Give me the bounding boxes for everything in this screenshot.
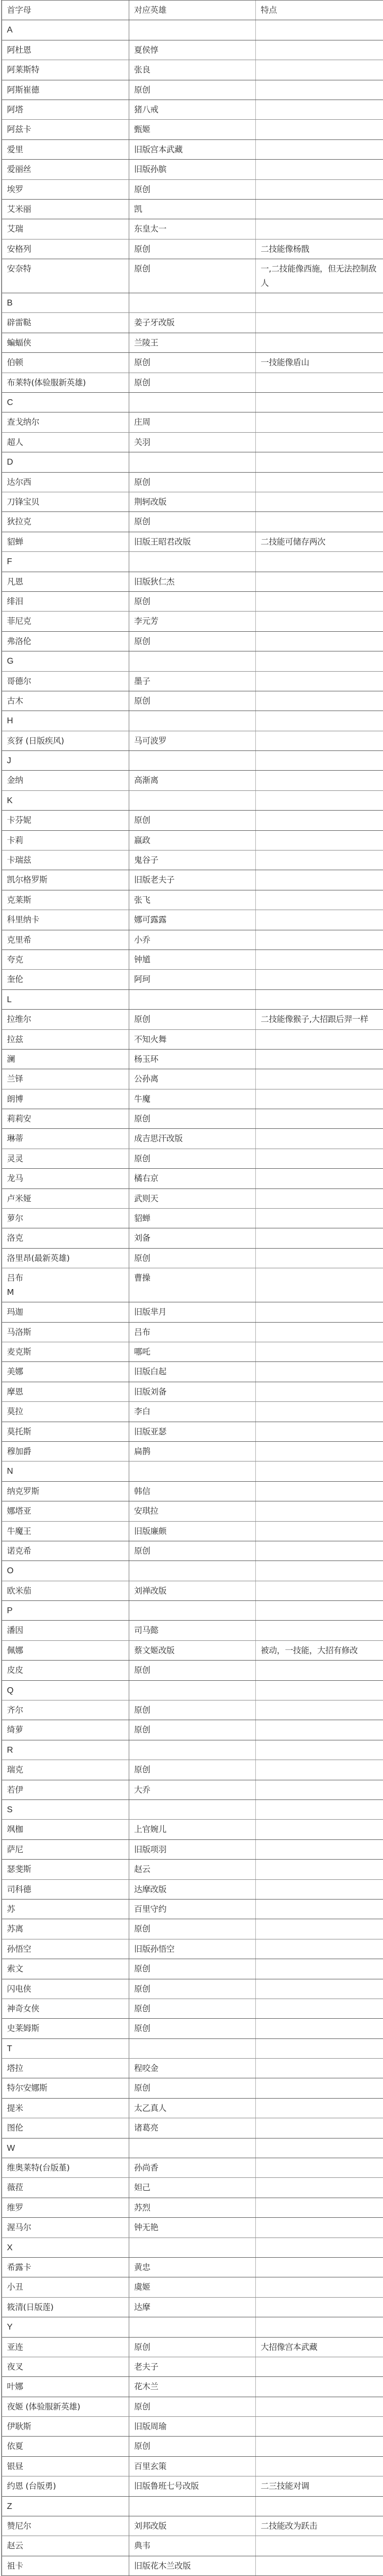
- cell-feature: [256, 870, 383, 889]
- cell-name: 刀锋宝贝: [2, 492, 129, 511]
- cell-feature: [256, 1129, 383, 1148]
- cell-feature: [256, 1189, 383, 1208]
- cell-name: 玛迦: [2, 1302, 129, 1322]
- hero-mapping-table: 首字母 对应英雄 特点 A阿杜恩夏侯惇阿莱斯特张良阿斯崔德原创阿塔猪八戒阿兹卡甄…: [1, 0, 383, 2576]
- cell-feature: [256, 1601, 383, 1620]
- cell-hero: 旧版亚瑟: [129, 1422, 256, 1441]
- cell-feature: [256, 731, 383, 750]
- cell-name: 查戈纳尔: [2, 412, 129, 432]
- table-row: 卡莉嬴政: [2, 831, 383, 851]
- cell-feature: 二技能可储存两次: [256, 532, 383, 551]
- cell-name: F: [2, 552, 129, 571]
- table-row: 提米太乙真人: [2, 2099, 383, 2118]
- cell-hero: [129, 293, 256, 312]
- table-row: 飒枷上官婉儿: [2, 1820, 383, 1839]
- cell-hero: 上官婉儿: [129, 1820, 256, 1839]
- letter-group-row: N: [2, 1462, 383, 1481]
- cell-hero: 原创: [129, 1010, 256, 1029]
- letter-group-row: Q: [2, 1681, 383, 1700]
- cell-name: 弗洛伦: [2, 632, 129, 651]
- table-row: 史莱姆斯原创: [2, 2019, 383, 2038]
- cell-name: 叶娜: [2, 2377, 129, 2396]
- table-row: 刀锋宝贝荆轲改版: [2, 492, 383, 512]
- cell-hero: 原创: [129, 1979, 256, 1999]
- cell-feature: [256, 2178, 383, 2197]
- cell-name: H: [2, 711, 129, 730]
- cell-name: 纳克罗斯: [2, 1482, 129, 1501]
- cell-name: 亥犽 (日版疾风): [2, 731, 129, 750]
- cell-hero: 原创: [129, 632, 256, 651]
- cell-hero: [129, 2039, 256, 2058]
- cell-hero: 貂蝉: [129, 1209, 256, 1228]
- cell-feature: [256, 890, 383, 910]
- table-row: 安格列原创二技能像杨戬: [2, 240, 383, 259]
- table-row: 赞尼尔刘邦改版二技能改为跃击: [2, 2516, 383, 2536]
- letter-group-row: A: [2, 20, 383, 40]
- cell-feature: 二技能像杨戬: [256, 240, 383, 259]
- cell-hero: 甄姬: [129, 120, 256, 139]
- cell-hero: 蔡文姬改版: [129, 1641, 256, 1660]
- cell-name: B: [2, 293, 129, 312]
- cell-feature: [256, 1720, 383, 1739]
- table-row: 安奈特原创一,二技能像西施，但无法控制敌人: [2, 259, 383, 293]
- cell-hero: 原创: [129, 240, 256, 259]
- cell-name: G: [2, 651, 129, 671]
- table-row: 渥马尔钟无艳: [2, 2218, 383, 2238]
- cell-name: 夸克: [2, 950, 129, 969]
- cell-name: 安格列: [2, 240, 129, 259]
- cell-feature: [256, 2198, 383, 2217]
- cell-name: 安奈特: [2, 259, 129, 293]
- cell-hero: 吕布: [129, 1323, 256, 1342]
- table-row: 金纳高渐离: [2, 771, 383, 790]
- cell-name: 维奥莱特(台版堇): [2, 2158, 129, 2177]
- cell-feature: [256, 20, 383, 39]
- cell-feature: [256, 2317, 383, 2336]
- table-row: 洛克刘备: [2, 1228, 383, 1248]
- table-row: 苏离原创: [2, 1919, 383, 1939]
- cell-name: 提米: [2, 2099, 129, 2118]
- cell-hero: 原创: [129, 691, 256, 711]
- cell-feature: [256, 433, 383, 452]
- cell-hero: 旧版项羽: [129, 1840, 256, 1859]
- cell-hero: 钟馗: [129, 950, 256, 969]
- cell-hero: 原创: [129, 473, 256, 492]
- cell-hero: 原创: [129, 80, 256, 100]
- cell-feature: [256, 1482, 383, 1501]
- table-row: 拉兹不知火舞: [2, 1030, 383, 1050]
- cell-name: 阿塔: [2, 100, 129, 119]
- cell-hero: [129, 1601, 256, 1620]
- table-row: 若伊大乔: [2, 1780, 383, 1800]
- cell-name: D: [2, 452, 129, 472]
- cell-name: 凡恩: [2, 572, 129, 591]
- cell-feature: [256, 219, 383, 238]
- cell-feature: [256, 950, 383, 969]
- letter-group-row: D: [2, 452, 383, 472]
- table-row: 辟雷鞑姜子牙改版: [2, 313, 383, 333]
- table-row: 艾米丽凯: [2, 200, 383, 219]
- cell-feature: [256, 293, 383, 312]
- cell-name: 绯泪: [2, 592, 129, 611]
- cell-feature: [256, 2377, 383, 2396]
- cell-name: 古木: [2, 691, 129, 711]
- cell-feature: [256, 452, 383, 472]
- cell-name: 卢米娅: [2, 1189, 129, 1208]
- cell-hero: 原创: [129, 1999, 256, 2018]
- cell-hero: 原创: [129, 1959, 256, 1978]
- cell-name: 卡芬妮: [2, 811, 129, 830]
- cell-feature: [256, 1979, 383, 1999]
- letter-group-row: S: [2, 1800, 383, 1820]
- table-row: 约恩 (台版勇)旧版鲁班七号改版二三技能对调: [2, 2476, 383, 2496]
- cell-name: 龙马: [2, 1169, 129, 1188]
- cell-name: 祖卡: [2, 2556, 129, 2575]
- table-row: 筱清(日版莲)达摩: [2, 2298, 383, 2317]
- cell-name: 凯尔格罗斯: [2, 870, 129, 889]
- cell-hero: 墨子: [129, 672, 256, 691]
- cell-feature: [256, 2158, 383, 2177]
- cell-feature: [256, 1860, 383, 1879]
- cell-feature: [256, 512, 383, 531]
- cell-hero: 原创: [129, 2437, 256, 2456]
- cell-hero: 关羽: [129, 433, 256, 452]
- table-row: 神奇女侠原创: [2, 1999, 383, 2019]
- letter-group-row: C: [2, 393, 383, 412]
- cell-name: 科里纳卡: [2, 910, 129, 929]
- cell-feature: [256, 2258, 383, 2277]
- table-row: 阿兹卡甄姬: [2, 120, 383, 139]
- cell-feature: [256, 1069, 383, 1088]
- cell-name: 美娜: [2, 1362, 129, 1381]
- cell-name: Y: [2, 2317, 129, 2336]
- cell-feature: [256, 1999, 383, 2018]
- cell-feature: [256, 1780, 383, 1799]
- cell-name: 澜: [2, 1050, 129, 1069]
- cell-name: 筱清(日版莲): [2, 2298, 129, 2317]
- table-row: 阿杜恩夏侯惇: [2, 40, 383, 60]
- cell-hero: 旧版狄仁杰: [129, 572, 256, 591]
- cell-feature: [256, 990, 383, 1009]
- cell-hero: [129, 2317, 256, 2336]
- cell-hero: 原创: [129, 1919, 256, 1938]
- cell-feature: [256, 1700, 383, 1720]
- table-row: 绯泪原创: [2, 592, 383, 612]
- cell-hero: 原创: [129, 1700, 256, 1720]
- table-row: 司科德达摩改版: [2, 1880, 383, 1900]
- cell-name: 阿斯崔德: [2, 80, 129, 100]
- cell-name: 维罗: [2, 2198, 129, 2217]
- cell-name: 埃罗: [2, 180, 129, 199]
- cell-name: 索文: [2, 1959, 129, 1978]
- cell-name: 小丑: [2, 2277, 129, 2297]
- table-row: 古木原创: [2, 691, 383, 711]
- table-row: 阿斯崔德原创: [2, 80, 383, 100]
- cell-hero: 原创: [129, 1149, 256, 1168]
- cell-name: L: [2, 990, 129, 1009]
- cell-hero: 荆轲改版: [129, 492, 256, 511]
- cell-hero: 安琪拉: [129, 1501, 256, 1521]
- cell-name: 穆加爵: [2, 1442, 129, 1461]
- table-row: 祖卡旧版花木兰改版: [2, 2556, 383, 2576]
- cell-name: 苏离: [2, 1919, 129, 1938]
- cell-feature: [256, 473, 383, 492]
- table-row: 亚连原创大招像宫本武藏: [2, 2338, 383, 2357]
- cell-hero: 旧版刘备: [129, 1382, 256, 1401]
- cell-feature: [256, 60, 383, 79]
- table-row: 阿莱斯特张良: [2, 60, 383, 80]
- cell-feature: [256, 1760, 383, 1779]
- cell-feature: [256, 80, 383, 100]
- cell-name: X: [2, 2238, 129, 2257]
- cell-hero: 花木兰: [129, 2377, 256, 2396]
- table-row: 马洛斯吕布: [2, 1323, 383, 1342]
- cell-name: 瑟斐斯: [2, 1860, 129, 1879]
- cell-feature: [256, 1541, 383, 1561]
- cell-hero: 原创: [129, 1661, 256, 1680]
- cell-hero: 嬴政: [129, 831, 256, 850]
- cell-feature: [256, 393, 383, 412]
- cell-feature: 被动，一技能，大招有修改: [256, 1641, 383, 1660]
- cell-hero: 苏烈: [129, 2198, 256, 2217]
- cell-name: 佩娜: [2, 1641, 129, 1660]
- table-row: 银昼百里玄策: [2, 2457, 383, 2476]
- cell-hero: 鬼谷子: [129, 851, 256, 870]
- cell-name: 萨尼: [2, 1840, 129, 1859]
- cell-hero: 旧版廉颇: [129, 1522, 256, 1541]
- cell-feature: [256, 791, 383, 810]
- table-row: 凯尔格罗斯旧版老夫子: [2, 870, 383, 890]
- cell-feature: [256, 1462, 383, 1481]
- table-row: 卡瑞兹鬼谷子: [2, 851, 383, 870]
- cell-feature: [256, 373, 383, 392]
- cell-hero: 夏侯惇: [129, 40, 256, 60]
- table-row: 麦克斯哪吒: [2, 1342, 383, 1362]
- table-row: 朗博牛魔: [2, 1089, 383, 1109]
- cell-feature: [256, 672, 383, 691]
- cell-name: A: [2, 20, 129, 39]
- table-row: 菲尼克李元芳: [2, 612, 383, 631]
- cell-hero: 不知火舞: [129, 1030, 256, 1049]
- cell-hero: 刘禅改版: [129, 1581, 256, 1600]
- cell-feature: [256, 1209, 383, 1228]
- cell-feature: [256, 1561, 383, 1580]
- table-row: 兰铎公孙离: [2, 1069, 383, 1089]
- cell-name: 爱丽丝: [2, 160, 129, 179]
- cell-feature: [256, 930, 383, 950]
- cell-hero: 原创: [129, 259, 256, 293]
- cell-name: 孙悟空: [2, 1939, 129, 1959]
- cell-feature: [256, 771, 383, 790]
- cell-name: 银昼: [2, 2457, 129, 2476]
- cell-hero: 黄忠: [129, 2258, 256, 2277]
- cell-hero: 百里玄策: [129, 2457, 256, 2476]
- cell-name: 朗博: [2, 1089, 129, 1109]
- cell-name: 伯顿: [2, 353, 129, 372]
- cell-feature: [256, 2298, 383, 2317]
- cell-name: 貂蝉: [2, 532, 129, 551]
- cell-name: 卡瑞兹: [2, 851, 129, 870]
- table-row: 夜叉老夫子: [2, 2357, 383, 2377]
- table-row: 塔拉程咬金: [2, 2059, 383, 2078]
- table-row: 科里纳卡娜可露露: [2, 910, 383, 930]
- cell-name: 狄拉克: [2, 512, 129, 531]
- cell-hero: 钟无艳: [129, 2218, 256, 2237]
- cell-feature: [256, 40, 383, 60]
- cell-name: 阿莱斯特: [2, 60, 129, 79]
- cell-feature: [256, 1959, 383, 1978]
- cell-feature: [256, 2417, 383, 2436]
- table-row: 瑞克原创: [2, 1760, 383, 1780]
- cell-name: 洛里昂(最新英雄): [2, 1249, 129, 1268]
- table-row: 诺克希原创: [2, 1541, 383, 1561]
- cell-feature: [256, 970, 383, 989]
- cell-hero: 原创: [129, 1109, 256, 1128]
- cell-feature: [256, 2078, 383, 2098]
- cell-hero: 诸葛亮: [129, 2118, 256, 2137]
- cell-feature: [256, 1228, 383, 1248]
- cell-hero: 原创: [129, 180, 256, 199]
- cell-name: 特尔安娜斯: [2, 2078, 129, 2098]
- cell-hero: [129, 990, 256, 1009]
- table-row: 牛魔王旧版廉颇: [2, 1522, 383, 1541]
- cell-feature: [256, 711, 383, 730]
- cell-feature: [256, 1581, 383, 1600]
- table-row: 闪电侠原创: [2, 1979, 383, 1999]
- cell-feature: [256, 1382, 383, 1401]
- cell-name: 卡莉: [2, 831, 129, 850]
- cell-hero: 程咬金: [129, 2059, 256, 2078]
- cell-hero: [129, 1681, 256, 1700]
- letter-group-row: F: [2, 552, 383, 572]
- table-row: 佩娜蔡文姬改版被动，一技能，大招有修改: [2, 1641, 383, 1661]
- cell-feature: [256, 811, 383, 830]
- table-row: 苏百里守约: [2, 1900, 383, 1919]
- table-row: 貂蝉旧版王昭君改版二技能可储存两次: [2, 532, 383, 552]
- cell-name: Q: [2, 1681, 129, 1700]
- cell-name: 拉维尔: [2, 1010, 129, 1029]
- table-row: 琳蒂成吉思汗改版: [2, 1129, 383, 1149]
- cell-feature: [256, 552, 383, 571]
- cell-hero: 旧版王昭君改版: [129, 532, 256, 551]
- cell-name: 蝙蝠侠: [2, 333, 129, 352]
- letter-group-row: L: [2, 990, 383, 1010]
- cell-name: 皮皮: [2, 1661, 129, 1680]
- table-row: 夜姬 (体验服新英雄)原创: [2, 2397, 383, 2417]
- table-row: 索文原创: [2, 1959, 383, 1979]
- cell-name: 娜塔亚: [2, 1501, 129, 1521]
- cell-feature: [256, 1342, 383, 1361]
- cell-hero: 杨玉环: [129, 1050, 256, 1069]
- table-row: 奎伦阿珂: [2, 970, 383, 989]
- table-row: 孙悟空旧版孙悟空: [2, 1939, 383, 1959]
- table-row: 纳克罗斯韩信: [2, 1482, 383, 1501]
- table-row: 齐尔原创: [2, 1700, 383, 1720]
- cell-hero: 猪八戒: [129, 100, 256, 119]
- cell-feature: 大招像宫本武藏: [256, 2338, 383, 2357]
- cell-feature: [256, 2099, 383, 2118]
- cell-hero: 庄周: [129, 412, 256, 432]
- table-row: 莫托斯旧版亚瑟: [2, 1422, 383, 1442]
- cell-name: 约恩 (台版勇): [2, 2476, 129, 2496]
- cell-feature: [256, 2238, 383, 2257]
- cell-hero: 姜子牙改版: [129, 313, 256, 332]
- cell-feature: [256, 831, 383, 850]
- cell-name: K: [2, 791, 129, 810]
- cell-hero: 妲己: [129, 2178, 256, 2197]
- cell-feature: [256, 1919, 383, 1938]
- cell-feature: 二技能改为跃击: [256, 2516, 383, 2536]
- cell-feature: [256, 1840, 383, 1859]
- cell-feature: [256, 1740, 383, 1760]
- cell-name: 闪电侠: [2, 1979, 129, 1999]
- table-row: 穆加爵扁鹊: [2, 1442, 383, 1462]
- cell-name: 莫拉: [2, 1402, 129, 1421]
- cell-feature: [256, 1522, 383, 1541]
- cell-name: 图伦: [2, 2118, 129, 2137]
- cell-feature: [256, 751, 383, 770]
- cell-feature: 二三技能对调: [256, 2476, 383, 2496]
- cell-feature: [256, 1880, 383, 1899]
- table-row: 皮皮原创: [2, 1661, 383, 1680]
- cell-hero: [129, 393, 256, 412]
- cell-feature: [256, 333, 383, 352]
- table-row: 欧米茄刘禅改版: [2, 1581, 383, 1601]
- cell-hero: 李元芳: [129, 612, 256, 631]
- cell-hero: 东皇太一: [129, 219, 256, 238]
- cell-hero: 旧版鲁班七号改版: [129, 2476, 256, 2496]
- cell-feature: [256, 313, 383, 332]
- cell-feature: [256, 412, 383, 432]
- cell-hero: [129, 1462, 256, 1481]
- cell-feature: [256, 1442, 383, 1461]
- cell-feature: [256, 2536, 383, 2555]
- cell-name: R: [2, 1740, 129, 1760]
- cell-name: 莫托斯: [2, 1422, 129, 1441]
- table-row: 维罗苏烈: [2, 2198, 383, 2218]
- cell-hero: [129, 20, 256, 39]
- table-row: 娜塔亚安琪拉: [2, 1501, 383, 1521]
- cell-name: 飒枷: [2, 1820, 129, 1839]
- cell-feature: [256, 1268, 383, 1302]
- cell-feature: [256, 612, 383, 631]
- table-row: 莫拉李白: [2, 1402, 383, 1422]
- cell-name: 布莱特(体验服新英雄): [2, 373, 129, 392]
- cell-hero: 旧版芈月: [129, 1302, 256, 1322]
- cell-feature: [256, 120, 383, 139]
- cell-feature: [256, 1621, 383, 1640]
- table-row: 薇菈妲己: [2, 2178, 383, 2198]
- letter-group-row: K: [2, 791, 383, 811]
- cell-name: 吕布 M: [2, 1268, 129, 1302]
- cell-hero: 达摩改版: [129, 1880, 256, 1899]
- letter-group-row: Z: [2, 2497, 383, 2516]
- cell-hero: [129, 751, 256, 770]
- table-row: 卡芬妮原创: [2, 811, 383, 830]
- cell-name: J: [2, 751, 129, 770]
- cell-feature: [256, 2277, 383, 2297]
- cell-hero: 橘右京: [129, 1169, 256, 1188]
- cell-name: 亚连: [2, 2338, 129, 2357]
- table-row: 玛迦旧版芈月: [2, 1302, 383, 1322]
- cell-hero: 原创: [129, 2078, 256, 2098]
- table-row: 潘因司马懿: [2, 1621, 383, 1640]
- cell-feature: [256, 2218, 383, 2237]
- cell-hero: 原创: [129, 1541, 256, 1561]
- cell-feature: [256, 2397, 383, 2416]
- cell-name: 菲尼克: [2, 612, 129, 631]
- cell-hero: 娜可露露: [129, 910, 256, 929]
